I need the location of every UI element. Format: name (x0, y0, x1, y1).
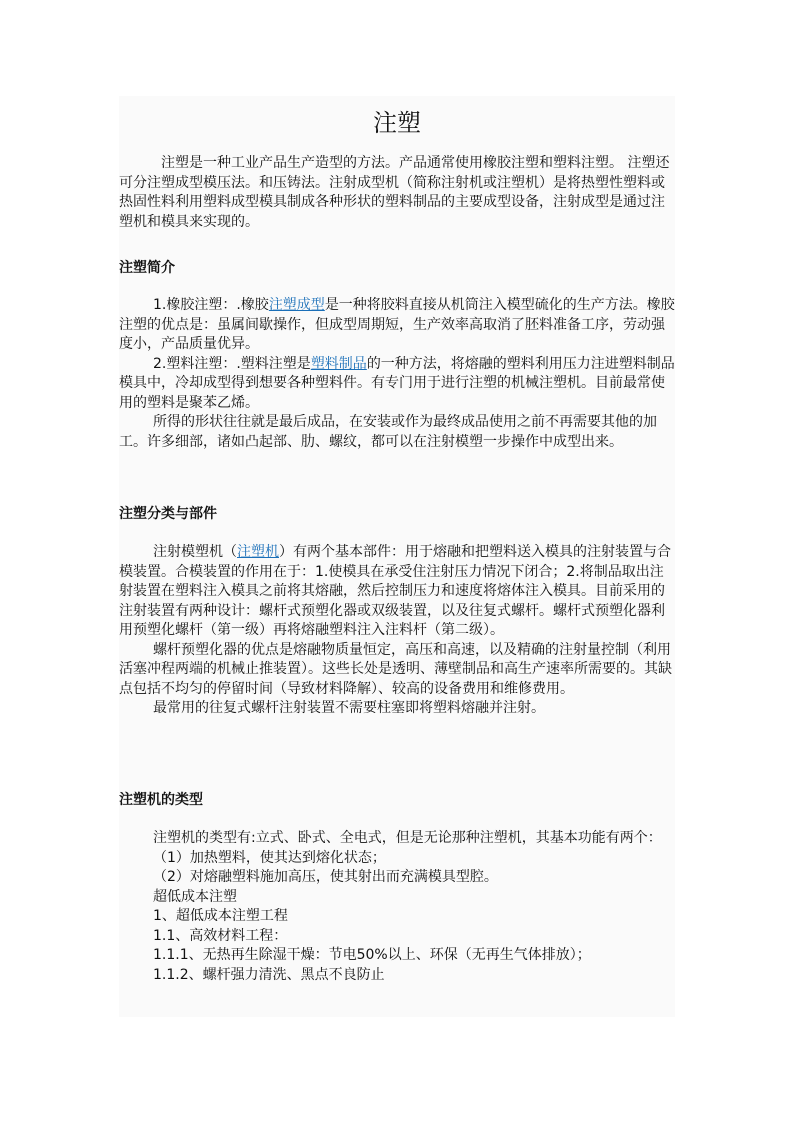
paragraph-machine-types: 注塑机的类型有:立式、卧式、全电式，但是无论那种注塑机，其基本功能有两个： (119, 829, 675, 849)
section-classification-body: 注射模塑机（注塑机）有两个基本部件：用于熔融和把塑料送入模具的注射装置与合模装置… (119, 543, 675, 719)
list-item: 1、超低成本注塑工程 (119, 907, 675, 927)
paragraph-machine-parts: 注射模塑机（注塑机）有两个基本部件：用于熔融和把塑料送入模具的注射装置与合模装置… (119, 543, 675, 641)
link-injection-machine[interactable]: 注塑机 (237, 544, 279, 560)
list-item: 1.1.2、螺杆强力清洗、黑点不良防止 (119, 966, 675, 986)
intro-paragraph: 注塑是一种工业产品生产造型的方法。产品通常使用橡胶注塑和塑料注塑。 注塑还可分注… (119, 154, 675, 232)
page-title: 注塑 (119, 106, 675, 140)
list-item: 超低成本注塑 (119, 888, 675, 908)
section-intro: 注塑简介 (119, 258, 675, 278)
list-item: 1.1、高效材料工程： (119, 927, 675, 947)
paragraph-plastic-injection: 2.塑料注塑：.塑料注塑是塑料制品的一种方法，将熔融的塑料利用压力注进塑料制品模… (119, 355, 675, 414)
paragraph-preplasticizer: 螺杆预塑化器的优点是熔融物质量恒定，高压和高速，以及精确的注射量控制（利用活塞冲… (119, 641, 675, 700)
section-heading: 注塑分类与部件 (119, 504, 675, 524)
paragraph-final-shape: 所得的形状往往就是最后成品，在安装或作为最终成品使用之前不再需要其他的加工。许多… (119, 413, 675, 452)
list-item: （1）加热塑料，使其达到熔化状态； (119, 849, 675, 869)
list-item: 1.1.1、无热再生除湿干燥：节电50%以上、环保（无再生气体排放）； (119, 946, 675, 966)
section-types: 注塑机的类型 (119, 790, 675, 810)
link-plastic-products[interactable]: 塑料制品 (311, 356, 367, 372)
list-item: （2）对熔融塑料施加高压，使其射出而充满模具型腔。 (119, 868, 675, 888)
section-classification: 注塑分类与部件 (119, 504, 675, 524)
paragraph-text: 1.橡胶注塑：.橡胶 (153, 297, 269, 313)
section-heading: 注塑机的类型 (119, 790, 675, 810)
link-injection-molding[interactable]: 注塑成型 (269, 297, 325, 313)
intro-block: 注塑是一种工业产品生产造型的方法。产品通常使用橡胶注塑和塑料注塑。 注塑还可分注… (119, 154, 675, 232)
document-page: 注塑 注塑是一种工业产品生产造型的方法。产品通常使用橡胶注塑和塑料注塑。 注塑还… (119, 96, 675, 1017)
paragraph-reciprocating-screw: 最常用的往复式螺杆注射装置不需要柱塞即将塑料熔融并注射。 (119, 699, 675, 719)
section-heading: 注塑简介 (119, 258, 675, 278)
paragraph-text: 2.塑料注塑：.塑料注塑是 (153, 356, 311, 372)
title-block: 注塑 (119, 96, 675, 140)
section-intro-body: 1.橡胶注塑：.橡胶注塑成型是一种将胶料直接从机筒注入模型硫化的生产方法。橡胶注… (119, 296, 675, 452)
paragraph-rubber-injection: 1.橡胶注塑：.橡胶注塑成型是一种将胶料直接从机筒注入模型硫化的生产方法。橡胶注… (119, 296, 675, 355)
paragraph-text: 注射模塑机（ (153, 544, 237, 560)
section-types-body: 注塑机的类型有:立式、卧式、全电式，但是无论那种注塑机，其基本功能有两个： （1… (119, 829, 675, 985)
